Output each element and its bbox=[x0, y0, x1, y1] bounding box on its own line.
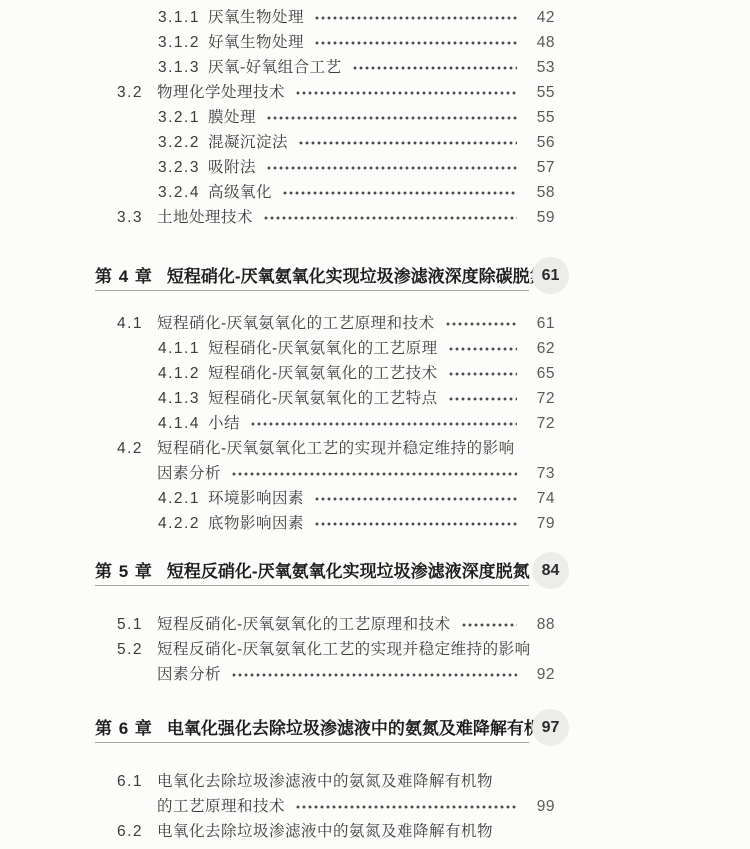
dot-leader bbox=[295, 802, 517, 812]
dot-leader bbox=[250, 419, 517, 429]
chapter-page-badge: 97 bbox=[532, 709, 569, 746]
toc-entry: 3.1.1厌氧生物处理42 bbox=[95, 5, 555, 30]
entry-title: 因素分析 bbox=[157, 461, 221, 486]
toc-entry: 3.2.1膜处理55 bbox=[95, 105, 555, 130]
entry-title: 环境影响因素 bbox=[208, 486, 304, 511]
dot-leader bbox=[445, 319, 517, 329]
chapter-page-badge: 61 bbox=[532, 257, 569, 294]
toc-entry: 3.2.2混凝沉淀法56 bbox=[95, 130, 555, 155]
entry-number: 4.1.1 bbox=[158, 336, 208, 361]
toc-entry: 6.1的工艺原理和技术99 bbox=[95, 794, 555, 819]
entry-number: 5.2 bbox=[117, 637, 157, 662]
page-number: 59 bbox=[529, 205, 555, 230]
toc-entry: 5.1短程反硝化-厌氧氨氧化的工艺原理和技术88 bbox=[95, 612, 555, 637]
entry-number: 4.1 bbox=[117, 311, 157, 336]
entry-title: 短程硝化-厌氧氨氧化工艺的实现并稳定维持的影响 bbox=[157, 436, 515, 461]
entry-title: 高级氧化 bbox=[208, 180, 272, 205]
page-number: 53 bbox=[529, 55, 555, 80]
entry-title: 短程硝化-厌氧氨氧化的工艺特点 bbox=[208, 386, 438, 411]
entry-number: 4.1.4 bbox=[158, 411, 208, 436]
chapter-heading: 第 4 章短程硝化-厌氧氨氧化实现垃圾渗滤液深度除碳脱氮61 bbox=[95, 257, 555, 291]
page-number: 48 bbox=[529, 30, 555, 55]
chapter-heading: 第 5 章短程反硝化-厌氧氨氧化实现垃圾渗滤液深度脱氮84 bbox=[95, 552, 555, 586]
entry-title: 厌氧-好氧组合工艺 bbox=[208, 55, 342, 80]
entry-number: 3.3 bbox=[117, 205, 157, 230]
entry-title: 混凝沉淀法 bbox=[208, 130, 288, 155]
page-number: 55 bbox=[529, 80, 555, 105]
toc-entry: 5.2短程反硝化-厌氧氨氧化工艺的实现并稳定维持的影响 bbox=[95, 637, 555, 662]
toc-entry: 3.1.2好氧生物处理48 bbox=[95, 30, 555, 55]
page-number: 99 bbox=[529, 794, 555, 819]
entry-number: 3.2.2 bbox=[158, 130, 208, 155]
entry-number: 6.1 bbox=[117, 769, 157, 794]
chapter-number-label: 第 4 章 bbox=[95, 262, 153, 287]
dot-leader bbox=[314, 13, 517, 23]
dot-leader bbox=[298, 138, 517, 148]
toc-entry: 3.1.3厌氧-好氧组合工艺53 bbox=[95, 55, 555, 80]
entry-number: 5.1 bbox=[117, 612, 157, 637]
entry-title: 底物影响因素 bbox=[208, 511, 304, 536]
toc-entry: 4.1.1短程硝化-厌氧氨氧化的工艺原理62 bbox=[95, 336, 555, 361]
entry-number: 3.1.1 bbox=[158, 5, 208, 30]
page-number: 79 bbox=[529, 511, 555, 536]
toc-entry: 4.1.2短程硝化-厌氧氨氧化的工艺技术65 bbox=[95, 361, 555, 386]
dot-leader bbox=[295, 88, 517, 98]
page-number: 55 bbox=[529, 105, 555, 130]
entry-title: 吸附法 bbox=[208, 155, 256, 180]
page-number: 73 bbox=[529, 461, 555, 486]
entry-number: 4.2 bbox=[117, 436, 157, 461]
entry-number: 4.2.2 bbox=[158, 511, 208, 536]
entry-title: 因素分析 bbox=[157, 662, 221, 687]
dot-leader bbox=[282, 188, 517, 198]
entry-title: 的工艺原理和技术 bbox=[157, 794, 285, 819]
entry-title: 短程反硝化-厌氧氨氧化的工艺原理和技术 bbox=[157, 612, 451, 637]
toc-entry: 3.3土地处理技术59 bbox=[95, 205, 555, 230]
entry-title: 厌氧生物处理 bbox=[208, 5, 304, 30]
page-number: 57 bbox=[529, 155, 555, 180]
chapter-number-label: 第 5 章 bbox=[95, 557, 153, 582]
toc-entry: 4.2因素分析73 bbox=[95, 461, 555, 486]
toc-entry: 4.1短程硝化-厌氧氨氧化的工艺原理和技术61 bbox=[95, 311, 555, 336]
toc-entry: 4.2.2底物影响因素79 bbox=[95, 511, 555, 536]
toc-entry: 4.1.3短程硝化-厌氧氨氧化的工艺特点72 bbox=[95, 386, 555, 411]
entry-title: 土地处理技术 bbox=[157, 205, 253, 230]
entry-title: 膜处理 bbox=[208, 105, 256, 130]
chapter-page-badge: 84 bbox=[532, 552, 569, 589]
dot-leader bbox=[231, 670, 517, 680]
entry-title: 小结 bbox=[208, 411, 240, 436]
chapter-title: 短程反硝化-厌氧氨氧化实现垃圾渗滤液深度脱氮 bbox=[167, 557, 530, 582]
page-number: 61 bbox=[529, 311, 555, 336]
chapter-underline bbox=[95, 742, 529, 743]
toc-entry: 3.2.3吸附法57 bbox=[95, 155, 555, 180]
page-number: 92 bbox=[529, 662, 555, 687]
entry-title: 短程硝化-厌氧氨氧化的工艺原理 bbox=[208, 336, 438, 361]
toc-entry: 4.2短程硝化-厌氧氨氧化工艺的实现并稳定维持的影响 bbox=[95, 436, 555, 461]
toc-entry: 3.2物理化学处理技术55 bbox=[95, 80, 555, 105]
dot-leader bbox=[352, 63, 517, 73]
page-number: 42 bbox=[529, 5, 555, 30]
entry-title: 好氧生物处理 bbox=[208, 30, 304, 55]
entry-title: 物理化学处理技术 bbox=[157, 80, 285, 105]
toc-entry: 6.2电氧化去除垃圾渗滤液中的氨氮及难降解有机物 bbox=[95, 819, 555, 844]
entry-number: 3.2.3 bbox=[158, 155, 208, 180]
entry-number: 4.1.2 bbox=[158, 361, 208, 386]
chapter-title: 短程硝化-厌氧氨氧化实现垃圾渗滤液深度除碳脱氮 bbox=[167, 262, 547, 287]
page-number: 72 bbox=[529, 411, 555, 436]
dot-leader bbox=[314, 494, 517, 504]
chapter-underline bbox=[95, 290, 529, 291]
entry-number: 4.2.1 bbox=[158, 486, 208, 511]
chapter-title: 电氧化强化去除垃圾渗滤液中的氨氮及难降解有机物 bbox=[167, 714, 558, 739]
toc-entry: 5.2因素分析92 bbox=[95, 662, 555, 687]
entry-title: 短程硝化-厌氧氨氧化的工艺技术 bbox=[208, 361, 438, 386]
page-number: 62 bbox=[529, 336, 555, 361]
toc-entry: 3.2.4高级氧化58 bbox=[95, 180, 555, 205]
entry-title: 短程反硝化-厌氧氨氧化工艺的实现并稳定维持的影响 bbox=[157, 637, 531, 662]
entry-title: 电氧化去除垃圾渗滤液中的氨氮及难降解有机物 bbox=[157, 819, 493, 844]
entry-number: 6.2 bbox=[117, 819, 157, 844]
entry-number: 3.2 bbox=[117, 80, 157, 105]
dot-leader bbox=[266, 163, 517, 173]
page-number: 72 bbox=[529, 386, 555, 411]
entry-number: 4.1.3 bbox=[158, 386, 208, 411]
dot-leader bbox=[266, 113, 517, 123]
chapter-number-label: 第 6 章 bbox=[95, 714, 153, 739]
dot-leader bbox=[448, 394, 517, 404]
page-number: 58 bbox=[529, 180, 555, 205]
chapter-underline bbox=[95, 585, 529, 586]
chapter-heading: 第 6 章电氧化强化去除垃圾渗滤液中的氨氮及难降解有机物97 bbox=[95, 709, 555, 743]
entry-number: 3.1.2 bbox=[158, 30, 208, 55]
toc-list: 3.1.1厌氧生物处理423.1.2好氧生物处理483.1.3厌氧-好氧组合工艺… bbox=[0, 0, 750, 844]
entry-number: 3.1.3 bbox=[158, 55, 208, 80]
page-number: 74 bbox=[529, 486, 555, 511]
dot-leader bbox=[314, 519, 517, 529]
toc-page: 3.1.1厌氧生物处理423.1.2好氧生物处理483.1.3厌氧-好氧组合工艺… bbox=[0, 0, 750, 849]
entry-number: 3.2.4 bbox=[158, 180, 208, 205]
dot-leader bbox=[461, 620, 517, 630]
page-number: 56 bbox=[529, 130, 555, 155]
toc-entry: 4.1.4小结72 bbox=[95, 411, 555, 436]
page-number: 88 bbox=[529, 612, 555, 637]
dot-leader bbox=[263, 213, 517, 223]
toc-entry: 4.2.1环境影响因素74 bbox=[95, 486, 555, 511]
dot-leader bbox=[448, 344, 517, 354]
entry-title: 短程硝化-厌氧氨氧化的工艺原理和技术 bbox=[157, 311, 435, 336]
page-number: 65 bbox=[529, 361, 555, 386]
dot-leader bbox=[314, 38, 517, 48]
dot-leader bbox=[448, 369, 517, 379]
entry-title: 电氧化去除垃圾渗滤液中的氨氮及难降解有机物 bbox=[157, 769, 493, 794]
dot-leader bbox=[231, 469, 517, 479]
entry-number: 3.2.1 bbox=[158, 105, 208, 130]
toc-entry: 6.1电氧化去除垃圾渗滤液中的氨氮及难降解有机物 bbox=[95, 769, 555, 794]
